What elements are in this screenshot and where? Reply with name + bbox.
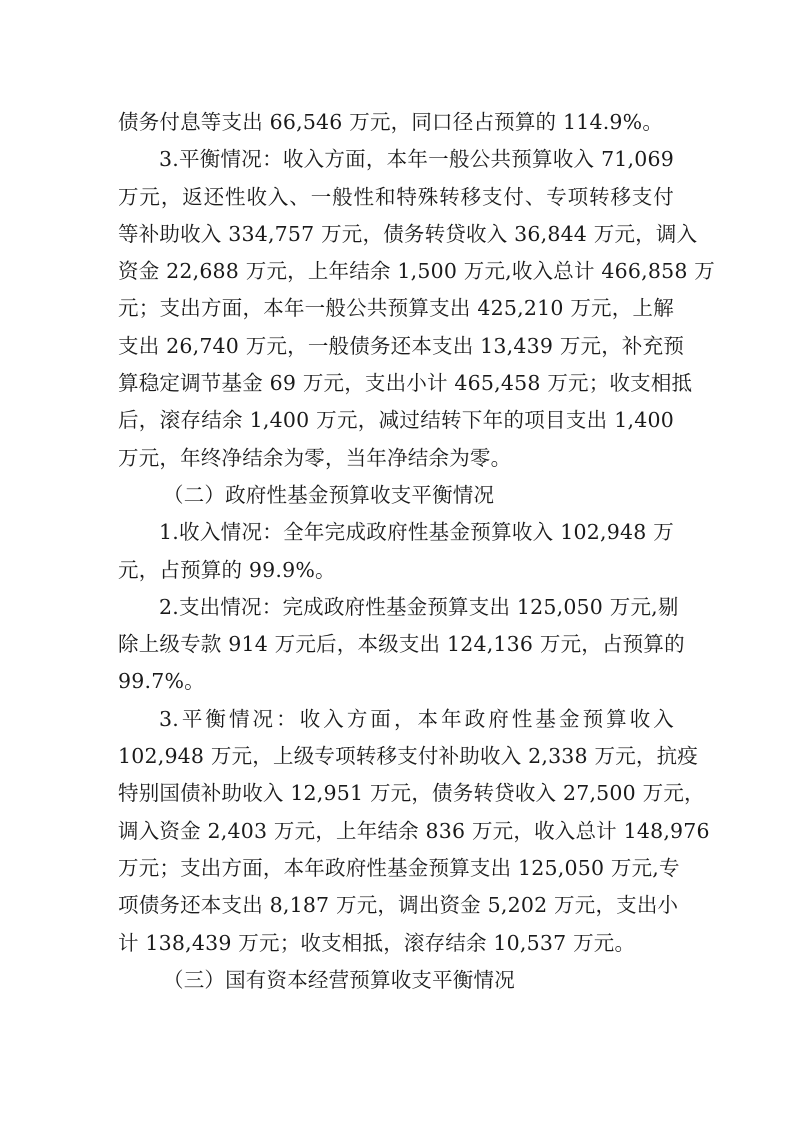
text-line: 99.7%。: [118, 663, 674, 700]
paragraph-debt-interest: 债务付息等支出 66,546 万元，同口径占预算的 114.9%。: [118, 104, 674, 141]
text-line: 计 138,439 万元；收支相抵，滚存结余 10,537 万元。: [118, 925, 674, 962]
paragraph-fund-income: 1.收入情况：全年完成政府性基金预算收入 102,948 万 元，占预算的 99…: [118, 514, 674, 589]
text-line: 102,948 万元，上级专项转移支付补助收入 2,338 万元，抗疫: [118, 738, 674, 775]
text-line: 万元，返还性收入、一般性和特殊转移支付、专项转移支付: [118, 179, 674, 216]
heading-text: （二）政府性基金预算收支平衡情况: [118, 477, 674, 514]
text-line: 债务付息等支出 66,546 万元，同口径占预算的 114.9%。: [118, 104, 674, 141]
text-line: 特别国债补助收入 12,951 万元，债务转贷收入 27,500 万元，: [118, 775, 674, 812]
text-line: 算稳定调节基金 69 万元，支出小计 465,458 万元；收支相抵: [118, 365, 674, 402]
text-line: 等补助收入 334,757 万元，债务转贷收入 36,844 万元，调入: [118, 216, 674, 253]
text-line: 元；支出方面，本年一般公共预算支出 425,210 万元，上解: [118, 290, 674, 327]
text-line: 3.平衡情况：收入方面，本年政府性基金预算收入: [118, 701, 674, 738]
text-line: 后，滚存结余 1,400 万元，减过结转下年的项目支出 1,400: [118, 402, 674, 439]
document-page: 债务付息等支出 66,546 万元，同口径占预算的 114.9%。 3.平衡情况…: [0, 0, 793, 1122]
text-line: 万元；支出方面，本年政府性基金预算支出 125,050 万元,专: [118, 850, 674, 887]
paragraph-fund-expenditure: 2.支出情况：完成政府性基金预算支出 125,050 万元,剔 除上级专款 91…: [118, 589, 674, 701]
text-line: 资金 22,688 万元，上年结余 1,500 万元,收入总计 466,858 …: [118, 253, 674, 290]
paragraph-general-budget-balance: 3.平衡情况：收入方面，本年一般公共预算收入 71,069 万元，返还性收入、一…: [118, 141, 674, 477]
heading-text: （三）国有资本经营预算收支平衡情况: [118, 962, 674, 999]
text-line: 1.收入情况：全年完成政府性基金预算收入 102,948 万: [118, 514, 674, 551]
text-line: 3.平衡情况：收入方面，本年一般公共预算收入 71,069: [118, 141, 674, 178]
text-line: 支出 26,740 万元，一般债务还本支出 13,439 万元，补充预: [118, 328, 674, 365]
text-line: 调入资金 2,403 万元，上年结余 836 万元，收入总计 148,976: [118, 813, 674, 850]
text-line: 除上级专款 914 万元后，本级支出 124,136 万元，占预算的: [118, 626, 674, 663]
text-line: 2.支出情况：完成政府性基金预算支出 125,050 万元,剔: [118, 589, 674, 626]
text-line: 项债务还本支出 8,187 万元，调出资金 5,202 万元，支出小: [118, 887, 674, 924]
section-heading-government-fund: （二）政府性基金预算收支平衡情况: [118, 477, 674, 514]
section-heading-state-capital: （三）国有资本经营预算收支平衡情况: [118, 962, 674, 999]
text-line: 万元，年终净结余为零，当年净结余为零。: [118, 440, 674, 477]
document-body: 债务付息等支出 66,546 万元，同口径占预算的 114.9%。 3.平衡情况…: [118, 104, 674, 999]
paragraph-fund-balance: 3.平衡情况：收入方面，本年政府性基金预算收入 102,948 万元，上级专项转…: [118, 701, 674, 962]
text-line: 元，占预算的 99.9%。: [118, 552, 674, 589]
